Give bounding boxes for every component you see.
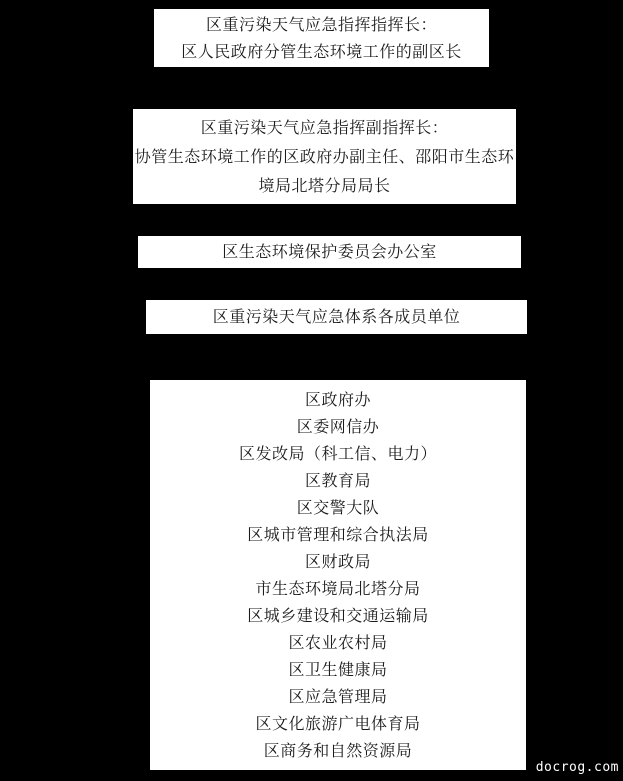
member-unit-item: 区政府办: [305, 386, 371, 413]
commander-role: 区人民政府分管生态环境工作的副区长: [181, 38, 462, 65]
watermark: docrog.com: [536, 760, 619, 775]
member-units-list-box: 区政府办 区委网信办 区发改局（科工信、电力） 区教育局 区交警大队 区城市管理…: [150, 380, 526, 770]
member-unit-item: 区委网信办: [297, 413, 380, 440]
member-unit-item: 区发改局（科工信、电力）: [239, 440, 437, 467]
office-box: 区生态环境保护委员会办公室: [138, 236, 521, 268]
member-unit-item: 区城乡建设和交通运输局: [247, 602, 429, 629]
member-unit-item: 区文化旅游广电体育局: [255, 710, 420, 737]
member-units-header-box: 区重污染天气应急体系各成员单位: [146, 300, 527, 334]
member-unit-item: 区教育局: [305, 467, 371, 494]
office-label: 区生态环境保护委员会办公室: [222, 239, 437, 265]
member-unit-item: 区商务和自然资源局: [264, 737, 413, 764]
member-unit-item: 市生态环境局北塔分局: [255, 575, 420, 602]
deputy-commander-role-line2: 境局北塔分局局长: [258, 171, 390, 200]
deputy-commander-box: 区重污染天气应急指挥副指挥长： 协管生态环境工作的区政府办副主任、邵阳市生态环 …: [133, 109, 516, 204]
deputy-commander-role-line1: 协管生态环境工作的区政府办副主任、邵阳市生态环: [135, 142, 515, 171]
commander-box: 区重污染天气应急指挥指挥长： 区人民政府分管生态环境工作的副区长: [154, 9, 489, 67]
member-unit-item: 区卫生健康局: [288, 656, 387, 683]
member-unit-item: 区财政局: [305, 548, 371, 575]
member-unit-item: 区农业农村局: [288, 629, 387, 656]
commander-title: 区重污染天气应急指挥指挥长：: [206, 11, 437, 38]
member-unit-item: 区交警大队: [297, 494, 380, 521]
member-units-header-label: 区重污染天气应急体系各成员单位: [213, 304, 461, 330]
deputy-commander-title: 区重污染天气应急指挥副指挥长：: [201, 113, 449, 142]
member-unit-item: 区应急管理局: [288, 683, 387, 710]
member-unit-item: 区城市管理和综合执法局: [247, 521, 429, 548]
